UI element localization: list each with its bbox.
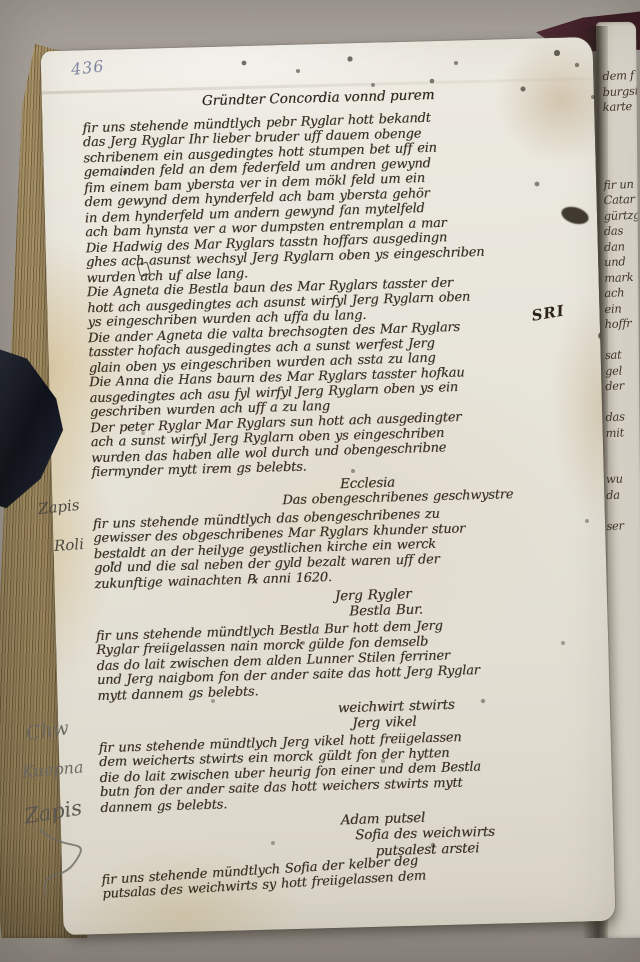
next-page-line-fragment: gel (605, 361, 640, 379)
next-page-line-fragment (605, 439, 640, 457)
text-column: Gründter Concordia vonnd purem fir uns s… (82, 83, 595, 905)
manuscript-blocks: fir uns stehende mündtlych pebr Ryglar h… (82, 107, 594, 902)
next-page-line-fragment: wu (606, 470, 640, 488)
next-page-line-fragment (605, 392, 640, 410)
next-page-line-fragment: ein (604, 299, 640, 317)
pencil-flourish (25, 823, 108, 905)
ink-speckles (0, 0, 2, 2)
manuscript-photo: dem fburgstlkartefir unCatargürtzgdasdan… (0, 0, 640, 962)
manuscript-block-6: fir uns stehende mündtlych Jerg vikel ho… (99, 727, 593, 815)
next-page-line-fragment: dan (604, 237, 640, 255)
next-page-line-fragment: ser (606, 516, 640, 534)
next-page-line-fragment: fir un (603, 175, 640, 193)
manuscript-block-2: fir uns stehende mündtlych das obengesch… (93, 503, 587, 591)
next-page-line-fragment (603, 113, 640, 131)
next-page-line-fragment: gürtzg (603, 206, 640, 224)
next-page-line-fragment (603, 144, 640, 162)
margin-note-roli: Roli (53, 535, 84, 555)
next-page-line-fragment: karte (602, 98, 640, 116)
next-page-line-fragment: mit (605, 423, 640, 441)
next-page-line-fragment: ach (604, 284, 640, 302)
next-page-line-fragment: der (605, 377, 640, 395)
next-page-line-fragment (606, 454, 640, 472)
next-page-line-fragment: da (606, 485, 640, 503)
next-page-line-fragment: das (604, 222, 640, 240)
manuscript-block-5: weichwirt stwirtsJerg vikel (338, 693, 591, 732)
next-page-text-fragments: dem fburgstlkartefir unCatargürtzgdasdan… (602, 68, 640, 534)
next-page-line-fragment: mark (604, 268, 640, 286)
next-page-line-fragment: das (605, 408, 640, 426)
manuscript-block-4: fir uns stehende mündtlych Bestla Bur ho… (96, 615, 590, 703)
next-page-line-fragment: und (604, 253, 640, 271)
next-page-line-fragment: sat (605, 346, 640, 364)
manuscript-page: 436 SRI Gründter Concordia vonnd purem f… (41, 37, 616, 935)
manuscript-block-3: Jerg RyglerBestla Bur. (335, 581, 588, 620)
next-page-line-fragment: Catar (603, 191, 640, 209)
next-page-line-fragment (603, 160, 640, 178)
next-page-line-fragment (606, 501, 640, 519)
next-page-line-fragment: hoffr (604, 315, 640, 333)
manuscript-block-0: fir uns stehende mündtlych pebr Ryglar h… (82, 107, 583, 480)
folio-number: 436 (70, 56, 105, 79)
next-page-line-fragment (604, 330, 640, 348)
next-page-line-fragment (603, 129, 640, 147)
